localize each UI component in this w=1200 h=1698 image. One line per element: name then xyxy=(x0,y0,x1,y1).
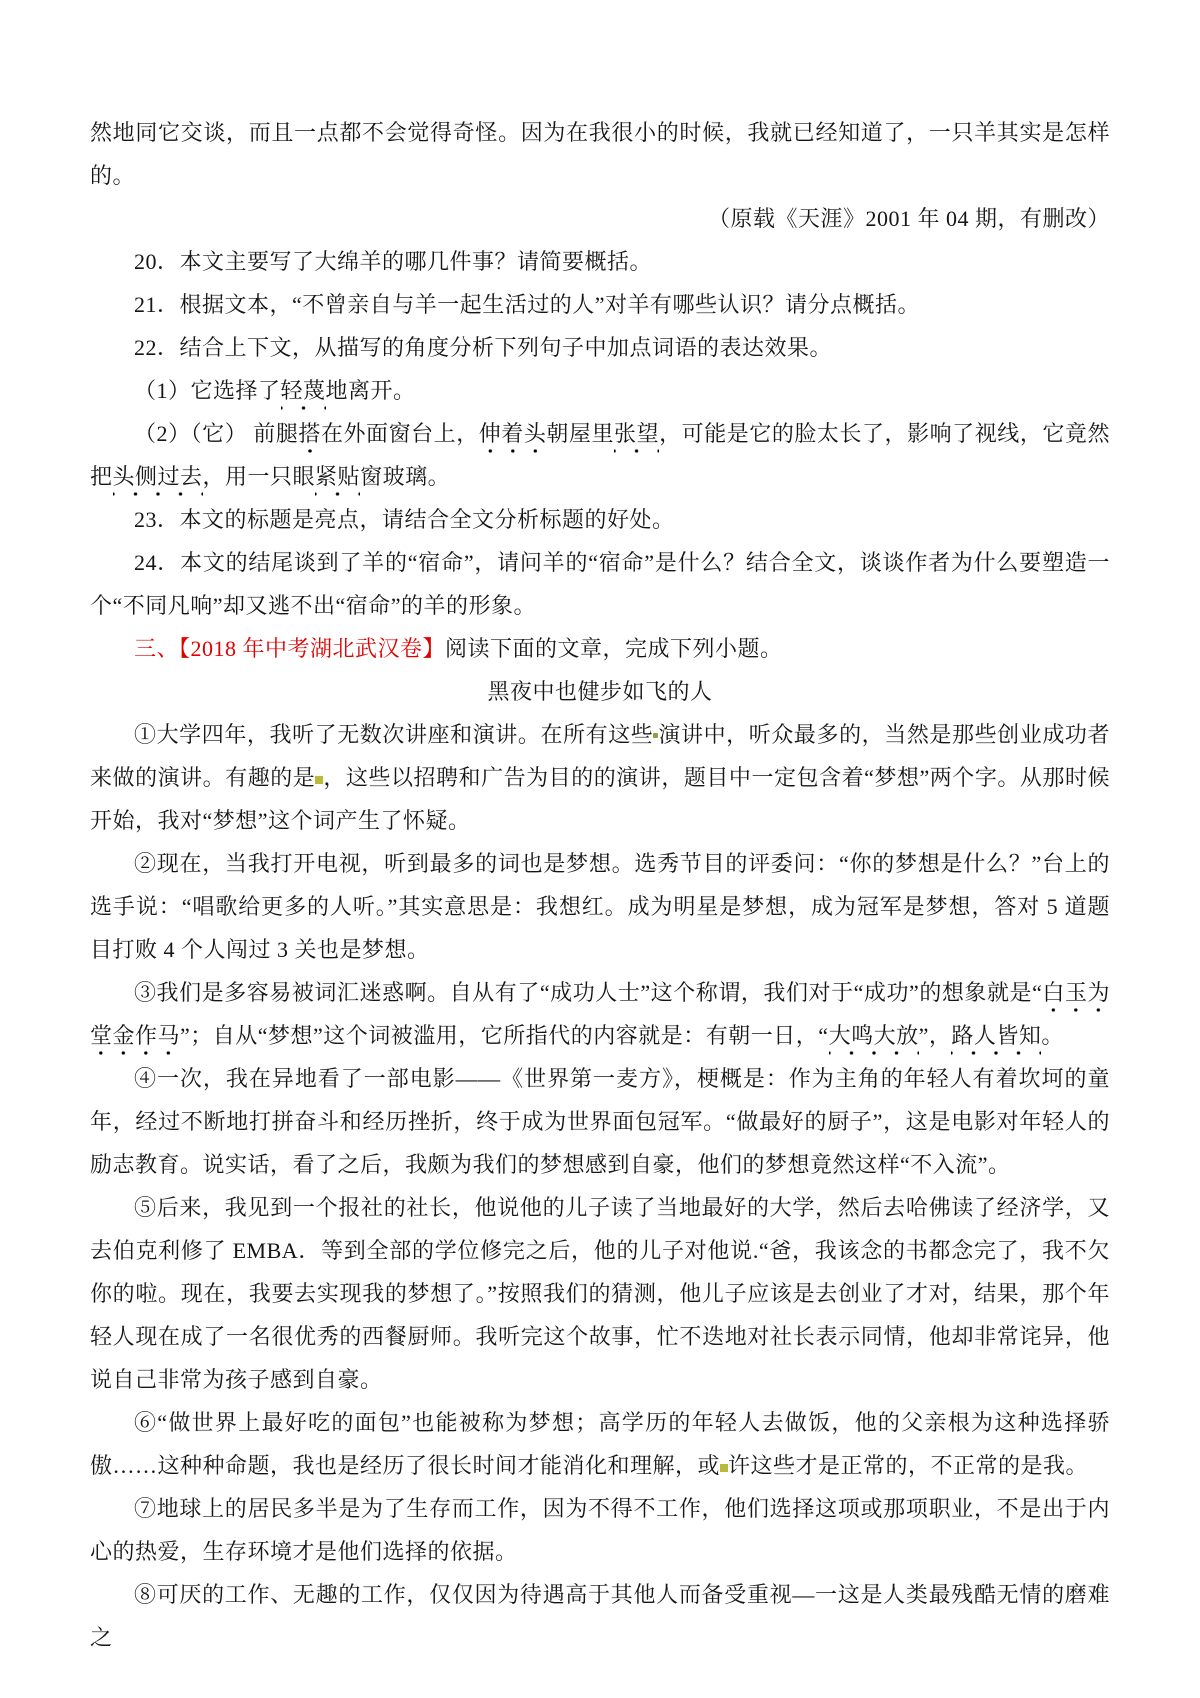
emphasis-dotted-text: 伸着头 xyxy=(479,421,547,454)
exam-document-page: 然地同它交谈，而且一点都不会觉得奇怪。因为在我很小的时候，我就已经知道了，一只羊… xyxy=(0,0,1200,1659)
text-segment: ”；自从“梦想”这个词被滥用，它所指代的内容就是：有朝一日，“ xyxy=(180,1023,829,1048)
paragraph-1: ①大学四年，我听了无数次讲座和演讲。在所有这些演讲中，听众最多的，当然是那些创业… xyxy=(90,713,1110,842)
emphasis-dotted-text: 路人皆知 xyxy=(951,1023,1041,1056)
paragraph-3: ③我们是多容易被词汇迷惑啊。自从有了“成功人士”这个称谓，我们对于“成功”的想象… xyxy=(90,971,1110,1057)
text-segment: 窗玻璃。 xyxy=(360,464,450,489)
question-22: 22．结合上下文，从描写的角度分析下列句子中加点词语的表达效果。 xyxy=(90,326,1110,369)
text-segment: ①大学四年，我听了无数次讲座和演讲。在所有这些 xyxy=(134,722,653,747)
text-segment: 在外面窗台上， xyxy=(321,421,479,446)
text-segment: ③我们是多容易被词汇迷惑啊。自从有了“成功人士”这个称谓，我们对于“成功”的想象… xyxy=(134,980,1042,1005)
red-text-segment: 三、【2018 年中考湖北武汉卷】 xyxy=(134,636,445,661)
emphasis-dotted-text: 搭 xyxy=(298,421,321,454)
question-23: 23．本文的标题是亮点，请结合全文分析标题的好处。 xyxy=(90,498,1110,541)
emphasis-dotted-text: 大鸣大放 xyxy=(829,1023,919,1056)
text-segment: 阅读下面的文章，完成下列小题。 xyxy=(445,636,783,661)
text-segment: （2）（它） 前腿 xyxy=(134,421,298,446)
paragraph-7: ⑦地球上的居民多半是为了生存而工作，因为不得不工作，他们选择这项或那项职业，不是… xyxy=(90,1487,1110,1573)
paragraph-6: ⑥“做世界上最好吃的面包”也能被称为梦想；高学历的年轻人去做饭，他的父亲根为这种… xyxy=(90,1401,1110,1487)
highlight-mark xyxy=(720,1464,728,1472)
text-segment: 许这些才是正常的，不正常的是我。 xyxy=(728,1453,1088,1478)
paragraph-2: ②现在，当我打开电视，听到最多的词也是梦想。选秀节目的评委问：“你的梦想是什么？… xyxy=(90,842,1110,971)
source-citation: （原载《天涯》2001 年 04 期，有删改） xyxy=(90,197,1110,240)
text-segment: 朝屋里 xyxy=(546,421,614,446)
question-22-sub-1: （1）它选择了轻蔑地离开。 xyxy=(90,369,1110,412)
paragraph-8: ⑧可厌的工作、无趣的工作，仅仅因为待遇高于其他人而备受重视—一这是人类最残酷无情… xyxy=(90,1573,1110,1659)
question-24: 24．本文的结尾谈到了羊的“宿命”，请问羊的“宿命”是什么？结合全文，谈谈作者为… xyxy=(90,541,1110,627)
question-21: 21．根据文本，“不曾亲自与羊一起生活过的人”对羊有哪些认识？请分点概括。 xyxy=(90,283,1110,326)
emphasis-dotted-text: 轻蔑 xyxy=(281,378,326,411)
question-22-sub-2: （2）（它） 前腿搭在外面窗台上，伸着头朝屋里张望，可能是它的脸太长了，影响了视… xyxy=(90,412,1110,498)
continuation-text: 然地同它交谈，而且一点都不会觉得奇怪。因为在我很小的时候，我就已经知道了，一只羊… xyxy=(90,111,1110,197)
section-heading: 三、【2018 年中考湖北武汉卷】阅读下面的文章，完成下列小题。 xyxy=(90,627,1110,670)
emphasis-dotted-text: 张望 xyxy=(614,421,659,454)
text-segment: 。 xyxy=(1041,1023,1064,1048)
text-segment: ”， xyxy=(919,1023,952,1048)
question-20: 20．本文主要写了大绵羊的哪几件事？请简要概括。 xyxy=(90,240,1110,283)
emphasis-dotted-text: 头侧过去 xyxy=(113,464,203,497)
text-segment: 地离开。 xyxy=(326,378,416,403)
text-segment: ，用一只眼 xyxy=(203,464,316,489)
emphasis-dotted-text: 紧贴 xyxy=(315,464,360,497)
text-segment: （1）它选择了 xyxy=(134,378,281,403)
article-title: 黑夜中也健步如飞的人 xyxy=(90,670,1110,713)
paragraph-5: ⑤后来，我见到一个报社的社长，他说他的儿子读了当地最好的大学，然后去哈佛读了经济… xyxy=(90,1186,1110,1401)
paragraph-4: ④一次，我在异地看了一部电影——《世界第一麦方》，梗概是：作为主角的年轻人有着坎… xyxy=(90,1057,1110,1186)
